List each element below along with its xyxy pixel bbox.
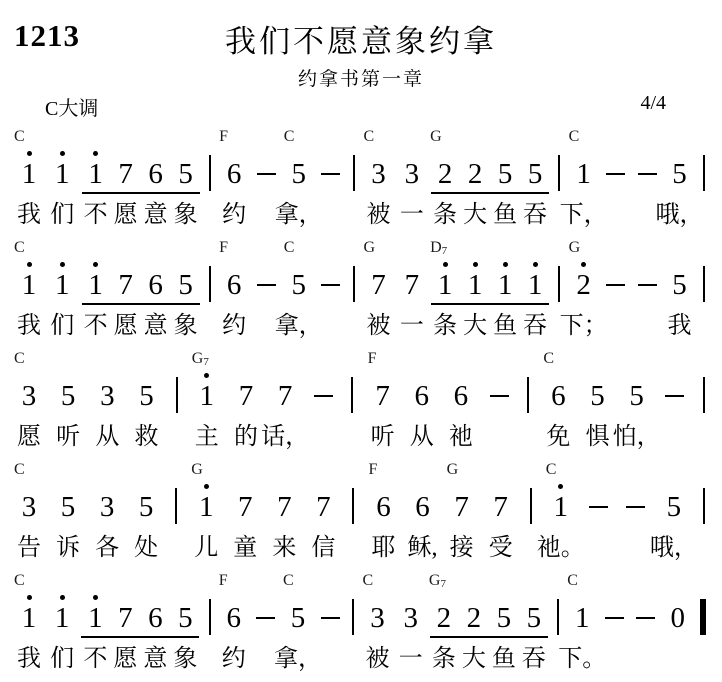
lyric-text: 处 bbox=[134, 533, 158, 565]
note-digit: 7 bbox=[493, 491, 508, 525]
chord-label: C bbox=[14, 573, 25, 589]
lyric-text: 拿， bbox=[274, 644, 322, 676]
duration-dash bbox=[257, 284, 276, 286]
octave-dot-row bbox=[93, 590, 98, 602]
octave-dot-row bbox=[60, 257, 65, 269]
chord-label: C bbox=[14, 240, 25, 256]
note: G1儿 bbox=[191, 479, 221, 565]
barline-cell bbox=[698, 368, 710, 413]
barline bbox=[176, 377, 178, 413]
chord-label: C bbox=[543, 351, 554, 367]
octave-dot bbox=[581, 262, 586, 267]
note: 7一 bbox=[397, 257, 427, 343]
note-digit: 5 bbox=[61, 491, 76, 525]
chord-label: G7 bbox=[429, 573, 446, 592]
note: 5处 bbox=[131, 479, 161, 565]
duration-dash bbox=[606, 284, 625, 286]
note: 7愿 bbox=[111, 257, 141, 343]
note-digit: 5 bbox=[672, 158, 687, 192]
octave-dot bbox=[204, 373, 209, 378]
lyric-text: 告 bbox=[17, 533, 41, 565]
note: G7被 bbox=[364, 257, 394, 343]
note: 6祂 bbox=[446, 368, 476, 454]
note-digit: 6 bbox=[415, 491, 430, 525]
lyric-text: 吞 bbox=[523, 200, 547, 232]
chord-label: F bbox=[219, 573, 228, 589]
note: C3告 bbox=[14, 479, 44, 565]
note-digit: 1 bbox=[553, 491, 568, 525]
lyric-text: 稣, bbox=[408, 533, 438, 565]
barline bbox=[703, 377, 705, 413]
octave-dot bbox=[93, 151, 98, 156]
note: 5怕， bbox=[622, 368, 652, 454]
header: 1213 我们不愿意象约拿 约拿书第一章 C大调 4/4 bbox=[0, 0, 722, 124]
octave-dot-row bbox=[581, 257, 586, 269]
note: 1大 bbox=[460, 257, 490, 343]
note-digit: 7 bbox=[371, 269, 386, 303]
chord-extension: 7 bbox=[440, 578, 446, 590]
note: 5吞 bbox=[520, 146, 550, 232]
duration-dash bbox=[490, 395, 509, 397]
note: F7听 bbox=[368, 368, 398, 454]
note: 2大 bbox=[460, 146, 490, 232]
note: 5吞 bbox=[519, 590, 549, 676]
chord-label: C bbox=[569, 129, 580, 145]
note-digit: 3 bbox=[405, 158, 420, 192]
note-digit: 5 bbox=[527, 602, 542, 636]
note: C5拿， bbox=[283, 590, 313, 676]
duration-dash-cell bbox=[600, 590, 628, 619]
note-digit: 2 bbox=[576, 269, 591, 303]
octave-dot-row bbox=[93, 146, 98, 158]
barline-cell bbox=[171, 368, 183, 413]
note-digit: 7 bbox=[277, 491, 292, 525]
note: 5象 bbox=[170, 590, 200, 676]
note-digit: 7 bbox=[316, 491, 331, 525]
barline-cell bbox=[204, 590, 216, 635]
duration-dash-cell bbox=[316, 590, 344, 619]
barline bbox=[703, 488, 705, 524]
duration-dash-cell bbox=[317, 257, 345, 286]
chord-extension: 7 bbox=[203, 356, 209, 368]
note-digit: 6 bbox=[227, 158, 242, 192]
note: 5哦， bbox=[659, 479, 689, 565]
note-digit: 5 bbox=[672, 269, 687, 303]
note-digit: 1 bbox=[576, 158, 591, 192]
note: 7的 bbox=[231, 368, 261, 454]
note-digit: 0 bbox=[671, 602, 686, 636]
lyric-text: 们 bbox=[50, 644, 74, 676]
barline-cell bbox=[170, 479, 182, 524]
note: 7话， bbox=[270, 368, 300, 454]
octave-dot-row bbox=[473, 257, 478, 269]
lyric-text: 来 bbox=[272, 533, 296, 565]
barline bbox=[209, 155, 211, 191]
chord-label: F bbox=[368, 462, 377, 478]
note-digit: 7 bbox=[454, 491, 469, 525]
note-digit: 6 bbox=[454, 380, 469, 414]
octave-dot-row bbox=[533, 257, 538, 269]
chord-label: C bbox=[364, 129, 375, 145]
lyric-text: 各 bbox=[95, 533, 119, 565]
lyric-text: 主 bbox=[195, 422, 219, 454]
lyric-text: 受 bbox=[489, 533, 513, 565]
octave-dot bbox=[60, 262, 65, 267]
note: 5诉 bbox=[53, 479, 83, 565]
lyric-text: 祂 bbox=[449, 422, 473, 454]
note-digit: 1 bbox=[498, 269, 513, 303]
chord-label: C bbox=[283, 573, 294, 589]
chord-label: G bbox=[569, 240, 581, 256]
barline bbox=[175, 488, 177, 524]
note: C1祂。 bbox=[546, 479, 576, 565]
lyric-text: 愿 bbox=[113, 644, 137, 676]
chord-label: G bbox=[430, 129, 442, 145]
note-digit: 1 bbox=[55, 602, 70, 636]
duration-dash-cell bbox=[317, 146, 345, 175]
barline-cell bbox=[204, 146, 216, 191]
note-digit: 6 bbox=[148, 602, 163, 636]
note: 1们 bbox=[47, 146, 77, 232]
chord-label: G7 bbox=[192, 351, 209, 370]
note: 7信 bbox=[308, 479, 338, 565]
lyric-text: 拿， bbox=[275, 200, 323, 232]
note: G2下； bbox=[569, 257, 599, 343]
lyric-text: 接 bbox=[450, 533, 474, 565]
barline-cell bbox=[346, 368, 358, 413]
time-signature: 4/4 bbox=[640, 92, 666, 121]
note-digit: 5 bbox=[178, 602, 193, 636]
lyric-text: 鱼 bbox=[493, 200, 517, 232]
lyric-text: 听 bbox=[56, 422, 80, 454]
note: C5拿， bbox=[284, 257, 314, 343]
lyric-text: 救 bbox=[134, 422, 158, 454]
chord-extension: 7 bbox=[442, 245, 448, 257]
lyric-text: 信 bbox=[311, 533, 335, 565]
note-digit: 3 bbox=[371, 158, 386, 192]
duration-dash-cell bbox=[309, 368, 337, 397]
lyric-text: 惧 bbox=[586, 422, 610, 454]
note-digit: 1 bbox=[88, 158, 103, 192]
note-digit: 5 bbox=[139, 491, 154, 525]
note-digit: 7 bbox=[375, 380, 390, 414]
lyric-text: 我 bbox=[668, 311, 692, 343]
octave-dot-row bbox=[27, 257, 32, 269]
note-digit: 6 bbox=[226, 602, 241, 636]
duration-dash bbox=[321, 173, 340, 175]
lyric-text: 不 bbox=[84, 311, 108, 343]
note-digit: 5 bbox=[178, 158, 193, 192]
duration-dash bbox=[314, 395, 333, 397]
barline bbox=[558, 155, 560, 191]
barline-cell bbox=[347, 479, 359, 524]
lyric-text: 大 bbox=[463, 311, 487, 343]
note-digit: 3 bbox=[22, 491, 37, 525]
note: G7接 bbox=[447, 479, 477, 565]
lyric-text: 话， bbox=[261, 422, 309, 454]
notation-lines: C1我1们1不7愿6意5象F6约C5拿，C3被3一G2条2大5鱼5吞C1下，5哦… bbox=[14, 124, 710, 679]
note: 1不 bbox=[81, 146, 111, 232]
note: C1下， bbox=[569, 146, 599, 232]
note-digit: 7 bbox=[239, 380, 254, 414]
lyric-text: 象 bbox=[173, 644, 197, 676]
duration-dash-cell bbox=[252, 590, 280, 619]
note-digit: 1 bbox=[199, 491, 214, 525]
note-digit: 5 bbox=[61, 380, 76, 414]
beamed-group: G2条2大5鱼5吞 bbox=[430, 146, 550, 232]
note: 3各 bbox=[92, 479, 122, 565]
octave-dot bbox=[503, 262, 508, 267]
lyric-text: 吞 bbox=[522, 644, 546, 676]
lyric-text: 愿 bbox=[114, 200, 138, 232]
duration-dash bbox=[605, 617, 624, 619]
lyric-text: 象 bbox=[174, 200, 198, 232]
note-digit: 5 bbox=[291, 602, 306, 636]
note: G2条 bbox=[430, 146, 460, 232]
note: 6意 bbox=[141, 146, 171, 232]
lyric-text: 童 bbox=[233, 533, 257, 565]
duration-dash-cell bbox=[252, 146, 280, 175]
duration-dash-cell bbox=[602, 146, 630, 175]
note: 1们 bbox=[47, 590, 77, 676]
note-digit: 1 bbox=[88, 602, 103, 636]
barline-cell bbox=[553, 146, 565, 191]
duration-dash-cell bbox=[661, 368, 689, 397]
barline bbox=[353, 266, 355, 302]
duration-dash bbox=[321, 284, 340, 286]
chord-label: C bbox=[14, 129, 25, 145]
lyric-text: 听 bbox=[371, 422, 395, 454]
barline bbox=[351, 377, 353, 413]
key-row: C大调 4/4 bbox=[45, 92, 666, 121]
barline-cell bbox=[348, 257, 360, 302]
barline bbox=[353, 155, 355, 191]
lyric-text: 吞 bbox=[523, 311, 547, 343]
beamed-group: 1不7愿6意5象 bbox=[81, 146, 201, 232]
chord-label: G bbox=[191, 462, 203, 478]
lyric-text: 条 bbox=[433, 311, 457, 343]
duration-dash bbox=[589, 506, 608, 508]
note: 5惧 bbox=[583, 368, 613, 454]
note: 6从 bbox=[407, 368, 437, 454]
barline-cell bbox=[698, 257, 710, 302]
final-barline bbox=[700, 599, 706, 635]
note-digit: 5 bbox=[498, 158, 513, 192]
duration-dash bbox=[638, 173, 657, 175]
note: 3一 bbox=[396, 590, 426, 676]
octave-dot-row bbox=[204, 479, 209, 491]
octave-dot bbox=[27, 262, 32, 267]
chord-label: C bbox=[567, 573, 578, 589]
lyric-text: 一 bbox=[399, 644, 423, 676]
note-digit: 5 bbox=[590, 380, 605, 414]
beamed-group: D71条1大1鱼1吞 bbox=[430, 257, 550, 343]
note-digit: 6 bbox=[148, 158, 163, 192]
note: C3愿 bbox=[14, 368, 44, 454]
lyric-text: 下； bbox=[560, 311, 608, 343]
note-digit: 1 bbox=[55, 269, 70, 303]
note: G71主 bbox=[192, 368, 222, 454]
note-digit: 1 bbox=[22, 269, 37, 303]
lyric-text: 免 bbox=[546, 422, 570, 454]
barline-cell bbox=[348, 146, 360, 191]
chord-label: C bbox=[14, 462, 25, 478]
note: F6耶 bbox=[368, 479, 398, 565]
note: 3一 bbox=[397, 146, 427, 232]
octave-dot bbox=[27, 595, 32, 600]
note: C6免 bbox=[543, 368, 573, 454]
note-digit: 1 bbox=[55, 158, 70, 192]
barline bbox=[527, 377, 529, 413]
duration-dash-cell bbox=[252, 257, 280, 286]
note: C1我 bbox=[14, 257, 44, 343]
duration-dash bbox=[257, 173, 276, 175]
note: 1不 bbox=[81, 257, 111, 343]
note-digit: 7 bbox=[118, 269, 133, 303]
barline-cell bbox=[204, 257, 216, 302]
octave-dot bbox=[93, 595, 98, 600]
lyric-text: 下。 bbox=[558, 644, 606, 676]
note-digit: 7 bbox=[118, 158, 133, 192]
lyric-text: 哦， bbox=[650, 533, 698, 565]
duration-dash bbox=[606, 173, 625, 175]
duration-dash-cell bbox=[632, 590, 660, 619]
note: 6稣, bbox=[408, 479, 438, 565]
note: 3从 bbox=[92, 368, 122, 454]
rest-note: 0 bbox=[663, 590, 693, 676]
note: C3被 bbox=[364, 146, 394, 232]
music-line: C1我1们1不7愿6意5象F6约C5拿，C3被3一G2条2大5鱼5吞C1下，5哦… bbox=[14, 124, 710, 234]
barline-cell bbox=[698, 479, 710, 524]
note: 7愿 bbox=[111, 146, 141, 232]
duration-dash bbox=[321, 617, 340, 619]
lyric-text: 不 bbox=[83, 644, 107, 676]
note: 6意 bbox=[141, 257, 171, 343]
octave-dot bbox=[60, 151, 65, 156]
note: 7受 bbox=[486, 479, 516, 565]
octave-dot bbox=[443, 262, 448, 267]
lyric-text: 怕， bbox=[613, 422, 661, 454]
lyric-text: 诉 bbox=[56, 533, 80, 565]
octave-dot bbox=[93, 262, 98, 267]
note: D71条 bbox=[430, 257, 460, 343]
note-digit: 5 bbox=[178, 269, 193, 303]
note-digit: 5 bbox=[497, 602, 512, 636]
page-title: 我们不愿意象约拿 bbox=[0, 16, 722, 61]
chord-label: C bbox=[14, 351, 25, 367]
duration-dash-cell bbox=[485, 368, 513, 397]
lyric-text: 从 bbox=[410, 422, 434, 454]
octave-dot-row bbox=[27, 146, 32, 158]
note-digit: 3 bbox=[403, 602, 418, 636]
note: 5鱼 bbox=[489, 590, 519, 676]
lyric-text: 不 bbox=[84, 200, 108, 232]
lyric-text: 祂。 bbox=[537, 533, 585, 565]
lyric-text: 我 bbox=[17, 311, 41, 343]
note: 5鱼 bbox=[490, 146, 520, 232]
duration-dash-cell bbox=[585, 479, 613, 508]
duration-dash-cell bbox=[622, 479, 650, 508]
lyric-text: 约 bbox=[222, 644, 246, 676]
lyric-text: 愿 bbox=[114, 311, 138, 343]
music-line: C1我1们1不7愿6意5象F6约C5拿，G7被7一D71条1大1鱼1吞G2下；5… bbox=[14, 235, 710, 345]
note-digit: 3 bbox=[100, 380, 115, 414]
beamed-group: 1不7愿6意5象 bbox=[80, 590, 200, 676]
lyric-text: 们 bbox=[50, 200, 74, 232]
note-digit: 3 bbox=[100, 491, 115, 525]
chord-label: C bbox=[363, 573, 374, 589]
note-digit: 1 bbox=[22, 158, 37, 192]
note-digit: 1 bbox=[468, 269, 483, 303]
chord-label: G bbox=[364, 240, 376, 256]
lyric-text: 下， bbox=[560, 200, 608, 232]
chord-label: G bbox=[447, 462, 459, 478]
final-barline-cell bbox=[696, 590, 710, 635]
note-digit: 7 bbox=[405, 269, 420, 303]
lyric-text: 约 bbox=[222, 200, 246, 232]
note-digit: 1 bbox=[438, 269, 453, 303]
note-digit: 7 bbox=[278, 380, 293, 414]
lyric-text: 从 bbox=[95, 422, 119, 454]
note: 7来 bbox=[269, 479, 299, 565]
note: G72条 bbox=[429, 590, 459, 676]
octave-dot-row bbox=[60, 590, 65, 602]
duration-dash bbox=[638, 284, 657, 286]
octave-dot bbox=[60, 595, 65, 600]
note-digit: 5 bbox=[291, 269, 306, 303]
lyric-text: 一 bbox=[400, 200, 424, 232]
note-digit: 1 bbox=[200, 380, 215, 414]
note-digit: 1 bbox=[88, 269, 103, 303]
note: 2大 bbox=[459, 590, 489, 676]
note: 5救 bbox=[131, 368, 161, 454]
note: 5象 bbox=[171, 257, 201, 343]
duration-dash bbox=[256, 617, 275, 619]
barline bbox=[209, 266, 211, 302]
lyric-text: 我 bbox=[17, 644, 41, 676]
lyric-text: 哦， bbox=[656, 200, 704, 232]
note: F6约 bbox=[219, 257, 249, 343]
lyric-text: 约 bbox=[222, 311, 246, 343]
beamed-group: 1不7愿6意5象 bbox=[81, 257, 201, 343]
duration-dash-cell bbox=[633, 146, 661, 175]
note: C1我 bbox=[14, 146, 44, 232]
music-line: C1我1们1不7愿6意5象F6约C5拿，C3被3一G72条2大5鱼5吞C1下。0 bbox=[14, 568, 710, 678]
lyric-text: 耶 bbox=[371, 533, 395, 565]
note: 1们 bbox=[47, 257, 77, 343]
note: F6约 bbox=[219, 590, 249, 676]
note: 5听 bbox=[53, 368, 83, 454]
note-digit: 1 bbox=[575, 602, 590, 636]
lyric-text: 我 bbox=[17, 200, 41, 232]
barline bbox=[703, 266, 705, 302]
chord-label: C bbox=[284, 240, 295, 256]
subtitle: 约拿书第一章 bbox=[0, 64, 722, 91]
lyric-text: 意 bbox=[143, 644, 167, 676]
note-digit: 6 bbox=[376, 491, 391, 525]
duration-dash bbox=[665, 395, 684, 397]
chord-label: C bbox=[546, 462, 557, 478]
note-digit: 2 bbox=[438, 158, 453, 192]
lyric-text: 象 bbox=[174, 311, 198, 343]
octave-dot-row bbox=[60, 146, 65, 158]
music-line: C3告5诉3各5处G1儿7童7来7信F6耶6稣,G7接7受C1祂。5哦， bbox=[14, 457, 710, 567]
chord-label: F bbox=[219, 129, 228, 145]
lyric-text: 愿 bbox=[17, 422, 41, 454]
barline bbox=[558, 266, 560, 302]
note: 1不 bbox=[80, 590, 110, 676]
barline bbox=[557, 599, 559, 635]
